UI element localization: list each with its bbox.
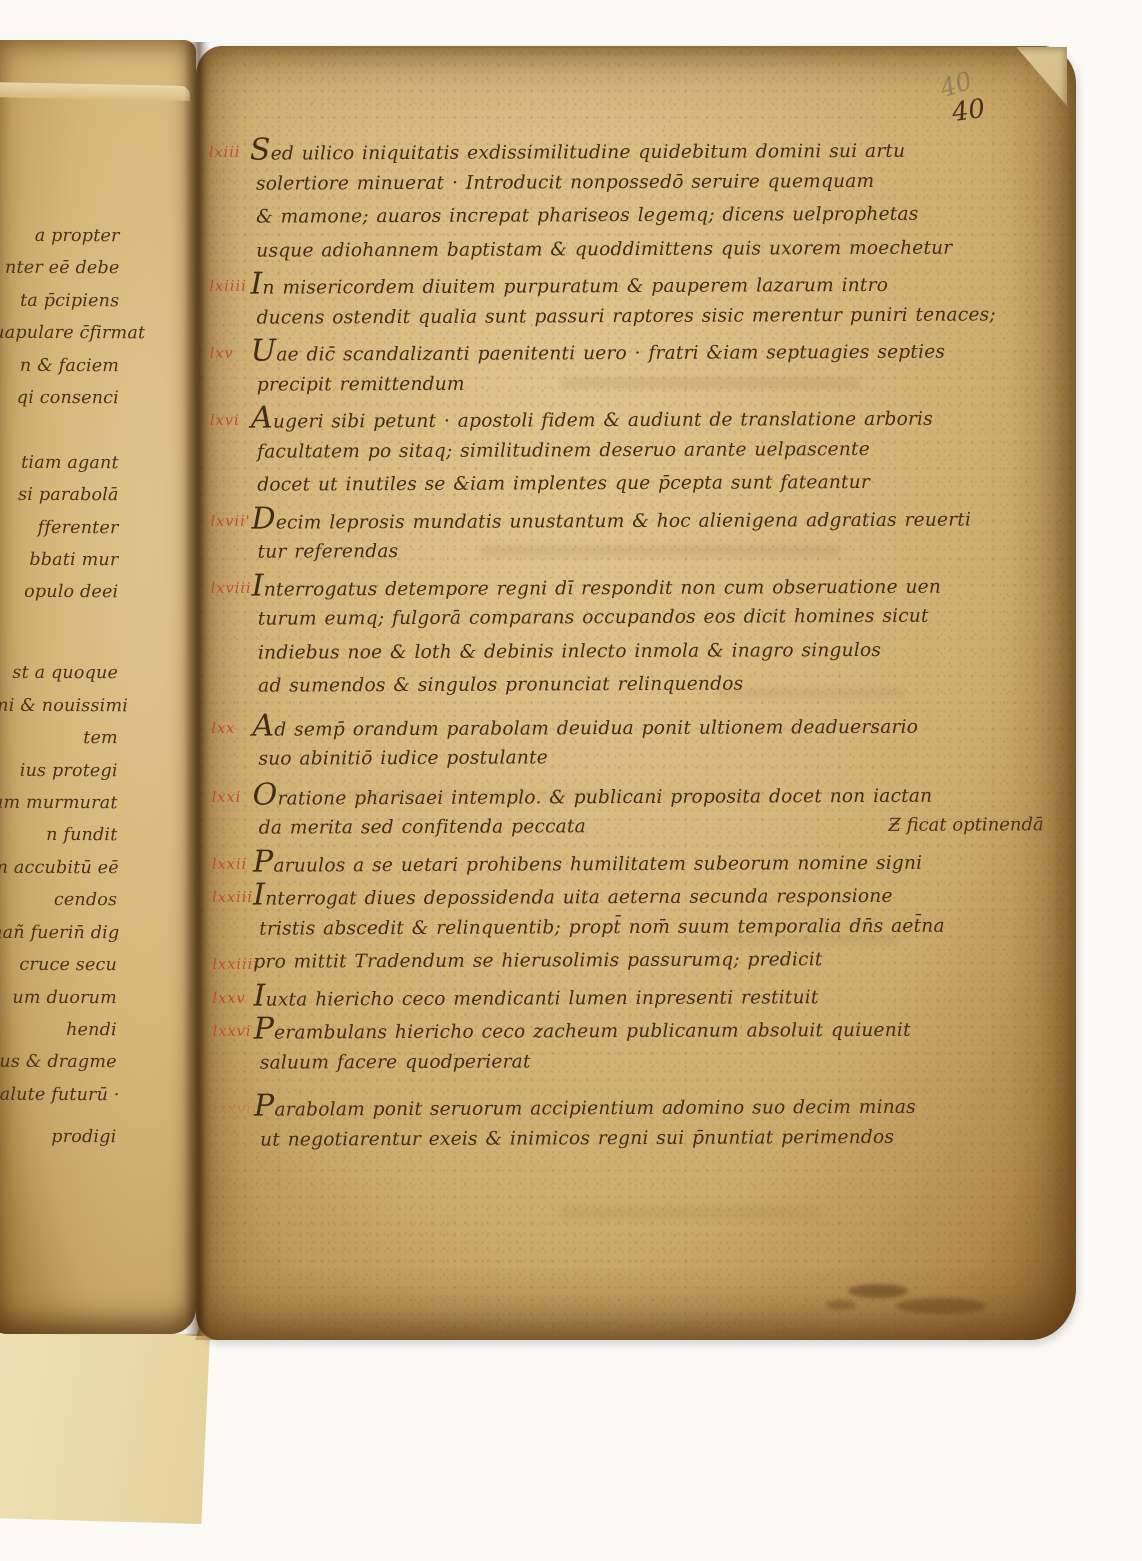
capitula-list: lxiiiSed uilico iniquitatis exdissimilit… bbox=[209, 136, 1059, 1163]
entry-line: lxxviiParabolam ponit seruorum accipient… bbox=[213, 1092, 1059, 1129]
entry-line: lxxAd semp̄ orandum parabolam deuidua po… bbox=[211, 712, 1057, 749]
verso-fragment: salute futurū · bbox=[0, 1079, 117, 1112]
entry-text: da merita sed confitenda peccata bbox=[253, 816, 586, 838]
entry-line: ut negotiarentur exeis & inimicos regni … bbox=[213, 1126, 1059, 1163]
verso-fragment: qi consenci bbox=[0, 382, 119, 415]
entry-line: turum eumq; fulgorā comparans occupandos… bbox=[211, 605, 1057, 642]
folio-number-ink: 40 bbox=[950, 94, 987, 128]
entry-text: tur referendas bbox=[252, 541, 399, 563]
verso-fragment: um duorum bbox=[0, 981, 117, 1014]
verso-fragment: st a quoque bbox=[0, 657, 118, 690]
entry-text: In misericordem diuitem purpuratum & pau… bbox=[250, 271, 888, 299]
verso-fragment: a propter bbox=[0, 220, 120, 253]
entry-line: usque adiohannem baptistam & quoddimitte… bbox=[209, 237, 1055, 274]
entry-text: Uae dic̄ scandalizanti paenitenti uero ·… bbox=[251, 338, 946, 366]
entry-text: ad sumendos & singulos pronunciat relinq… bbox=[252, 674, 743, 697]
manuscript-photo: a propternter eē debeta p̄cipiensuapular… bbox=[0, 0, 1142, 1561]
verso-fragment: hendi bbox=[0, 1014, 117, 1047]
entry-line: facultatem po sitaq; similitudinem deser… bbox=[210, 438, 1056, 475]
entry-text: ducens ostendit qualia sunt passuri rapt… bbox=[251, 304, 996, 328]
interlinear-correction: Ƶ ficat optinendā bbox=[888, 814, 1058, 836]
entry-numeral: lxvi bbox=[210, 408, 251, 429]
entry-line: ducens ostendit qualia sunt passuri rapt… bbox=[210, 304, 1056, 341]
verso-fragment: tem bbox=[0, 722, 118, 755]
entry-numeral bbox=[209, 173, 250, 178]
entry-text: Parabolam ponit seruorum accipientium ad… bbox=[254, 1093, 916, 1121]
verso-fragment: n fundit bbox=[0, 819, 118, 852]
entry-numeral: lxxii bbox=[212, 851, 253, 872]
entry-numeral: lxxvii bbox=[213, 1096, 254, 1117]
entry-text: indiebus noe & loth & debinis inlecto in… bbox=[252, 639, 881, 663]
entry-line: lxxiiiInterrogat diues depossidenda uita… bbox=[212, 881, 1058, 918]
entry-numeral bbox=[212, 918, 253, 923]
entry-line: lxvii'Decim leprosis mundatis unustantum… bbox=[210, 505, 1056, 542]
entry-numeral bbox=[211, 609, 252, 614]
entry-text: suo abinitiō iudice postulante bbox=[252, 747, 548, 769]
verso-fragment: opulo deei bbox=[0, 576, 118, 609]
entry-line: lxviiiInterrogatus detempore regni dī re… bbox=[211, 572, 1057, 609]
entry-line: lxviAugeri sibi petunt · apostoli fidem … bbox=[210, 404, 1056, 441]
entry-text: solertiore minuerat · Introducit nonposs… bbox=[250, 170, 874, 194]
entry-numeral: lxxvi bbox=[213, 1019, 254, 1040]
entry-line: indiebus noe & loth & debinis inlecto in… bbox=[211, 639, 1057, 676]
entry-text: Decim leprosis mundatis unustantum & hoc… bbox=[251, 505, 971, 533]
entry-text: Iuxta hiericho ceco mendicanti lumen inp… bbox=[253, 983, 818, 1010]
entry-line: lxxiOratione pharisaei intemplo. & publi… bbox=[212, 781, 1058, 818]
entry-numeral: lxv bbox=[210, 341, 251, 362]
verso-fragment: mi & nouissimi bbox=[0, 690, 118, 723]
entry-text: precipit remittendum bbox=[251, 373, 465, 395]
entry-line: lxxvIuxta hiericho ceco mendicanti lumen… bbox=[212, 982, 1058, 1019]
entry-line: precipit remittendum bbox=[210, 371, 1056, 408]
entry-numeral bbox=[213, 1052, 254, 1057]
verso-fragment: tiam agant bbox=[0, 447, 119, 480]
entry-numeral: lxiii bbox=[209, 140, 250, 161]
entry-numeral: lxiiii bbox=[209, 274, 250, 295]
entry-line: & mamone; auaros increpat phariseos lege… bbox=[209, 203, 1055, 240]
verso-page-partial: a propternter eē debeta p̄cipiensuapular… bbox=[0, 40, 196, 1334]
entry-text: Ad semp̄ orandum parabolam deuidua ponit… bbox=[252, 712, 918, 740]
entry-line: suo abinitiō iudice postulante bbox=[211, 745, 1057, 782]
verso-fragment: fferenter bbox=[0, 511, 119, 544]
verso-fragment: cruce secu bbox=[0, 949, 117, 982]
entry-line: lxxviPerambulans hiericho ceco zacheum p… bbox=[213, 1015, 1059, 1052]
entry-numeral bbox=[211, 676, 252, 681]
verso-fragment: um murmurat bbox=[0, 787, 118, 820]
cream-flyleaf-strip bbox=[0, 1332, 210, 1524]
entry-line: lxiiiSed uilico iniquitatis exdissimilit… bbox=[209, 136, 1055, 173]
torn-corner-patch bbox=[1013, 47, 1067, 111]
edge-stain bbox=[896, 1298, 986, 1314]
entry-numeral bbox=[209, 207, 250, 212]
recto-page: 40 40 lxiiiSed uilico iniquitatis exdiss… bbox=[196, 46, 1076, 1340]
entry-line: lxvUae dic̄ scandalizanti paenitenti uer… bbox=[210, 337, 1056, 374]
verso-fragment: n & faciem bbox=[0, 349, 119, 382]
verso-fragment: nter eē debe bbox=[0, 252, 120, 285]
entry-text: tristis abscedit & relinquentib; propt̄ … bbox=[253, 915, 945, 939]
verso-top-fold-edge bbox=[0, 82, 190, 101]
entry-text: docet ut inutiles se &iam implentes que … bbox=[251, 472, 870, 496]
entry-numeral bbox=[211, 749, 252, 754]
entry-line: tur referendas bbox=[211, 538, 1057, 575]
entry-numeral: lxxiiii bbox=[212, 952, 253, 973]
entry-numeral: lxxi bbox=[212, 784, 253, 805]
entry-line: tristis abscedit & relinquentib; propt̄ … bbox=[212, 915, 1058, 952]
entry-line: lxxiiParuulos a se uetari prohibens humi… bbox=[212, 848, 1058, 885]
entry-numeral bbox=[210, 475, 251, 480]
entry-numeral bbox=[209, 240, 250, 245]
entry-text: Paruulos a se uetari prohibens humilitat… bbox=[253, 848, 922, 876]
entry-numeral: lxviii bbox=[211, 575, 252, 596]
entry-numeral bbox=[211, 542, 252, 547]
entry-text: pro mittit Tradendum se hierusolimis pas… bbox=[253, 949, 822, 972]
entry-text: Interrogat diues depossidenda uita aeter… bbox=[253, 882, 893, 910]
verso-fragment: cendos bbox=[0, 884, 117, 917]
entry-text: ut negotiarentur exeis & inimicos regni … bbox=[254, 1126, 894, 1150]
entry-text: Interrogatus detempore regni dī respondi… bbox=[252, 572, 941, 600]
verso-fragment: m accubitū eē bbox=[0, 852, 117, 885]
entry-text: saluum facere quodperierat bbox=[254, 1051, 531, 1073]
entry-numeral bbox=[212, 818, 253, 823]
entry-text: Oratione pharisaei intemplo. & publicani… bbox=[253, 781, 933, 809]
entry-line: docet ut inutiles se &iam implentes que … bbox=[210, 471, 1056, 508]
entry-line: lxxiiiipro mittit Tradendum se hierusoli… bbox=[212, 948, 1058, 985]
entry-numeral bbox=[210, 441, 251, 446]
edge-stain bbox=[826, 1300, 856, 1310]
verso-fragment: prodigi bbox=[0, 1121, 116, 1154]
entry-numeral bbox=[210, 307, 251, 312]
entry-line: solertiore minuerat · Introducit nonposs… bbox=[209, 170, 1055, 207]
entry-line: ad sumendos & singulos pronunciat relinq… bbox=[211, 672, 1057, 709]
verso-fragment: nañ fuerin̄ dig bbox=[0, 916, 117, 949]
verso-fragment: uapulare c̄firmat bbox=[0, 317, 119, 350]
verso-fragment: ius protegi bbox=[0, 754, 118, 787]
edge-stain bbox=[848, 1284, 908, 1298]
entry-line: saluum facere quodperierat bbox=[213, 1049, 1059, 1086]
verso-fragment: ta p̄cipiens bbox=[0, 285, 119, 318]
entry-text: turum eumq; fulgorā comparans occupandos… bbox=[252, 606, 929, 630]
entry-line: lxiiiiIn misericordem diuitem purpuratum… bbox=[209, 270, 1055, 307]
entry-numeral bbox=[211, 642, 252, 647]
entry-text: usque adiohannem baptistam & quoddimitte… bbox=[250, 237, 952, 261]
entry-numeral: lxvii' bbox=[210, 508, 251, 529]
entry-text: Sed uilico iniquitatis exdissimilitudine… bbox=[250, 137, 906, 165]
verso-fragment: bbati mur bbox=[0, 544, 118, 577]
show-through-mark bbox=[560, 1206, 820, 1219]
entry-numeral bbox=[210, 374, 251, 379]
entry-numeral: lxx bbox=[211, 715, 252, 736]
entry-text: Perambulans hiericho ceco zacheum public… bbox=[254, 1016, 911, 1044]
verso-fragment: si parabolā bbox=[0, 479, 119, 512]
entry-text: & mamone; auaros increpat phariseos lege… bbox=[250, 204, 918, 228]
entry-numeral: lxxv bbox=[212, 985, 253, 1006]
verso-text-fragments: a propternter eē debeta p̄cipiensuapular… bbox=[0, 220, 120, 1154]
entry-line: da merita sed confitenda peccataƵ ficat … bbox=[212, 814, 1058, 851]
verso-fragment: us & dragme bbox=[0, 1046, 117, 1079]
entry-text: Augeri sibi petunt · apostoli fidem & au… bbox=[251, 405, 933, 433]
entry-numeral bbox=[213, 1129, 254, 1134]
entry-numeral: lxxiii bbox=[212, 885, 253, 906]
entry-text: facultatem po sitaq; similitudinem deser… bbox=[251, 438, 870, 462]
